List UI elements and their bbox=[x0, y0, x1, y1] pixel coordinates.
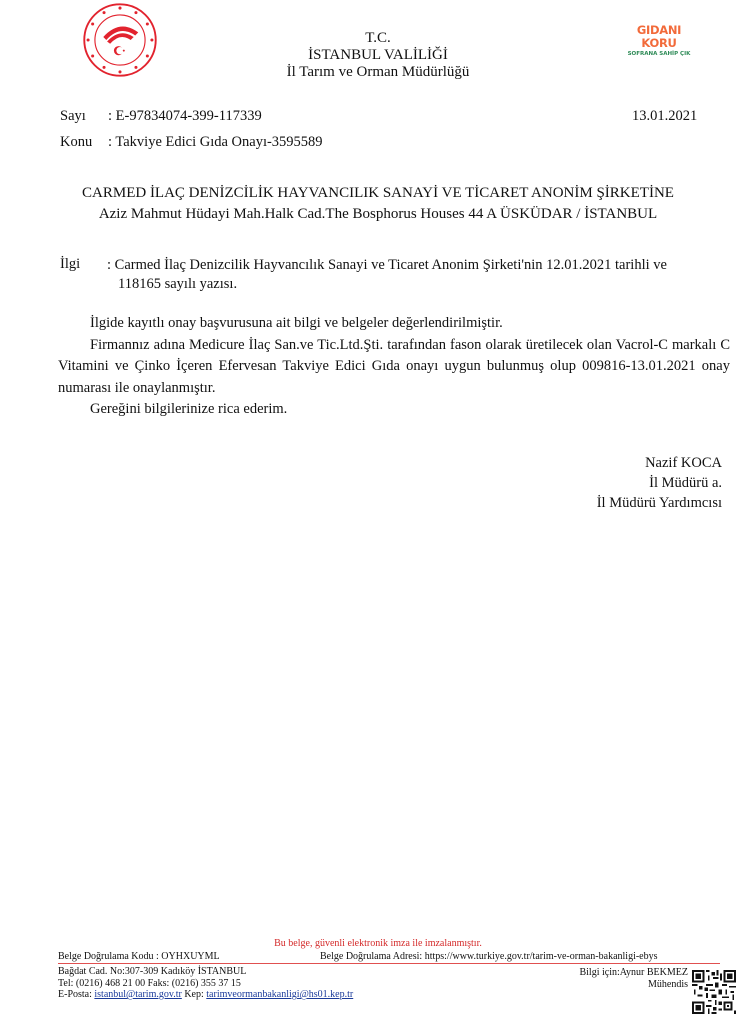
campaign-logo: GIDANI KORU SOFRANA SAHİP ÇIK bbox=[618, 24, 700, 58]
header-directorate: İl Tarım ve Orman Müdürlüğü bbox=[0, 64, 756, 81]
konu-value: : Takviye Edici Gıda Onayı-3595589 bbox=[108, 134, 323, 150]
addressee-address: Aziz Mahmut Hüdayi Mah.Halk Cad.The Bosp… bbox=[0, 204, 756, 225]
body-paragraph-2: Firmannız adına Medicure İlaç San.ve Tic… bbox=[58, 335, 730, 400]
footer-phone: Tel: (0216) 468 21 00 Faks: (0216) 355 3… bbox=[58, 978, 353, 990]
document-date: 13.01.2021 bbox=[632, 108, 697, 125]
footer-email-line: E-Posta: istanbul@tarim.gov.tr Kep: tari… bbox=[58, 989, 353, 1001]
signature-block: Nazif KOCA İl Müdürü a. İl Müdürü Yardım… bbox=[580, 453, 722, 513]
signatory-title-2: İl Müdürü Yardımcısı bbox=[580, 493, 722, 513]
ilgi-line-1: : Carmed İlaç Denizcilik Hayvancılık San… bbox=[107, 256, 727, 275]
sayi-value: : E-97834074-399-117339 bbox=[108, 108, 262, 124]
ilgi-label: İlgi bbox=[60, 256, 80, 273]
email-label: E-Posta: bbox=[58, 989, 92, 1000]
esignature-notice: Bu belge, güvenli elektronik imza ile im… bbox=[0, 938, 756, 949]
qr-code-icon[interactable] bbox=[692, 970, 736, 1014]
signatory-title-1: İl Müdürü a. bbox=[580, 473, 722, 493]
konu-label: Konu bbox=[60, 134, 108, 151]
info-contact: Bilgi için:Aynur BEKMEZ bbox=[520, 967, 688, 979]
footer-divider bbox=[58, 963, 720, 964]
document-number: Sayı: E-97834074-399-117339 bbox=[60, 108, 262, 125]
footer-contact: Bağdat Cad. No:307-309 Kadıköy İSTANBUL … bbox=[58, 966, 353, 1001]
body-paragraph-3: Gereğini bilgilerinize rica ederim. bbox=[58, 399, 730, 421]
addressee-block: CARMED İLAÇ DENİZCİLİK HAYVANCILIK SANAY… bbox=[0, 183, 756, 225]
footer-info: Bilgi için:Aynur BEKMEZ Mühendis bbox=[520, 967, 688, 990]
ilgi-line-2: 118165 sayılı yazısı. bbox=[107, 275, 727, 294]
signatory-name: Nazif KOCA bbox=[580, 453, 722, 473]
addressee-name: CARMED İLAÇ DENİZCİLİK HAYVANCILIK SANAY… bbox=[0, 183, 756, 204]
campaign-logo-title: GIDANI KORU bbox=[618, 24, 700, 50]
kep-label: Kep: bbox=[184, 989, 203, 1000]
kep-link[interactable]: tarimveormanbakanligi@hs01.kep.tr bbox=[206, 989, 353, 1000]
document-subject: Konu: Takviye Edici Gıda Onayı-3595589 bbox=[60, 134, 323, 151]
email-link[interactable]: istanbul@tarim.gov.tr bbox=[94, 989, 181, 1000]
verification-code: Belge Doğrulama Kodu : OYHXUYML bbox=[58, 951, 220, 962]
ilgi-reference: : Carmed İlaç Denizcilik Hayvancılık San… bbox=[107, 256, 727, 294]
body-paragraph-1: İlgide kayıtlı onay başvurusuna ait bilg… bbox=[58, 313, 730, 335]
sayi-label: Sayı bbox=[60, 108, 108, 125]
verification-address: Belge Doğrulama Adresi: https://www.turk… bbox=[320, 951, 658, 962]
letter-body: İlgide kayıtlı onay başvurusuna ait bilg… bbox=[58, 313, 730, 421]
campaign-logo-subtitle: SOFRANA SAHİP ÇIK bbox=[618, 50, 700, 58]
footer-address: Bağdat Cad. No:307-309 Kadıköy İSTANBUL bbox=[58, 966, 353, 978]
info-title: Mühendis bbox=[520, 979, 688, 991]
